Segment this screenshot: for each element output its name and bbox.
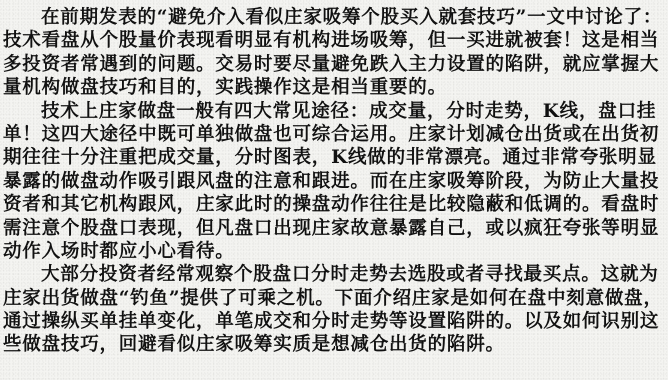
text-line: 量机构做盘技巧和目的，实践操作这是相当重要的。 <box>3 76 667 99</box>
text-line: 庄家出货做盘“钓鱼”提供了可乘之机。下面介绍庄家是如何在盘中刻意做盘， <box>3 287 667 310</box>
paragraph-3: 大部分投资者经常观察个股盘口分时走势去选股或者寻找最买点。这就为 庄家出货做盘“… <box>3 263 667 357</box>
text-line: 通过操纵买单挂单变化，单笔成交和分时走势等设置陷阱的。以及如何识别这 <box>3 310 667 333</box>
paragraph-2: 技术上庄家做盘一般有四大常见途径：成交量，分时走势，K线，盘口挂 单！这四大途径… <box>3 100 667 264</box>
text-line: 动作入场时都应小心看待。 <box>3 240 667 263</box>
text-line: 需注意个股盘口表现，但凡盘口出现庄家故意暴露自己，或以疯狂夸张等明显 <box>3 217 667 240</box>
text-line: 多投资者常遇到的问题。交易时要尽量避免跌入主力设置的陷阱，就应掌握大 <box>3 53 667 76</box>
text-line: 资者和其它机构跟风，庄家此时的操盘动作往往是比较隐蔽和低调的。看盘时 <box>3 193 667 216</box>
text-line: 期往往十分注重把成交量，分时图表，K线做的非常漂亮。通过非常夸张明显 <box>3 146 667 169</box>
text-line: 大部分投资者经常观察个股盘口分时走势去选股或者寻找最买点。这就为 <box>3 263 667 286</box>
text-line: 单！这四大途径中既可单独做盘也可综合运用。庄家计划减仓出货或在出货初 <box>3 123 667 146</box>
text-line: 技术看盘从个股量价表现看明显有机构进场吸筹，但一买进就被套！这是相当 <box>3 29 667 52</box>
text-line: 些做盘技巧，回避看似庄家吸筹实质是想减仓出货的陷阱。 <box>3 333 667 356</box>
text-line: 技术上庄家做盘一般有四大常见途径：成交量，分时走势，K线，盘口挂 <box>3 100 667 123</box>
text-line: 暴露的做盘动作吸引跟风盘的注意和跟进。而在庄家吸筹阶段，为防止大量投 <box>3 170 667 193</box>
text-line: 在前期发表的“避免介入看似庄家吸筹个股买入就套技巧”一文中讨论了： <box>3 6 667 29</box>
article-body: 在前期发表的“避免介入看似庄家吸筹个股买入就套技巧”一文中讨论了： 技术看盘从个… <box>3 6 667 357</box>
paragraph-1: 在前期发表的“避免介入看似庄家吸筹个股买入就套技巧”一文中讨论了： 技术看盘从个… <box>3 6 667 100</box>
